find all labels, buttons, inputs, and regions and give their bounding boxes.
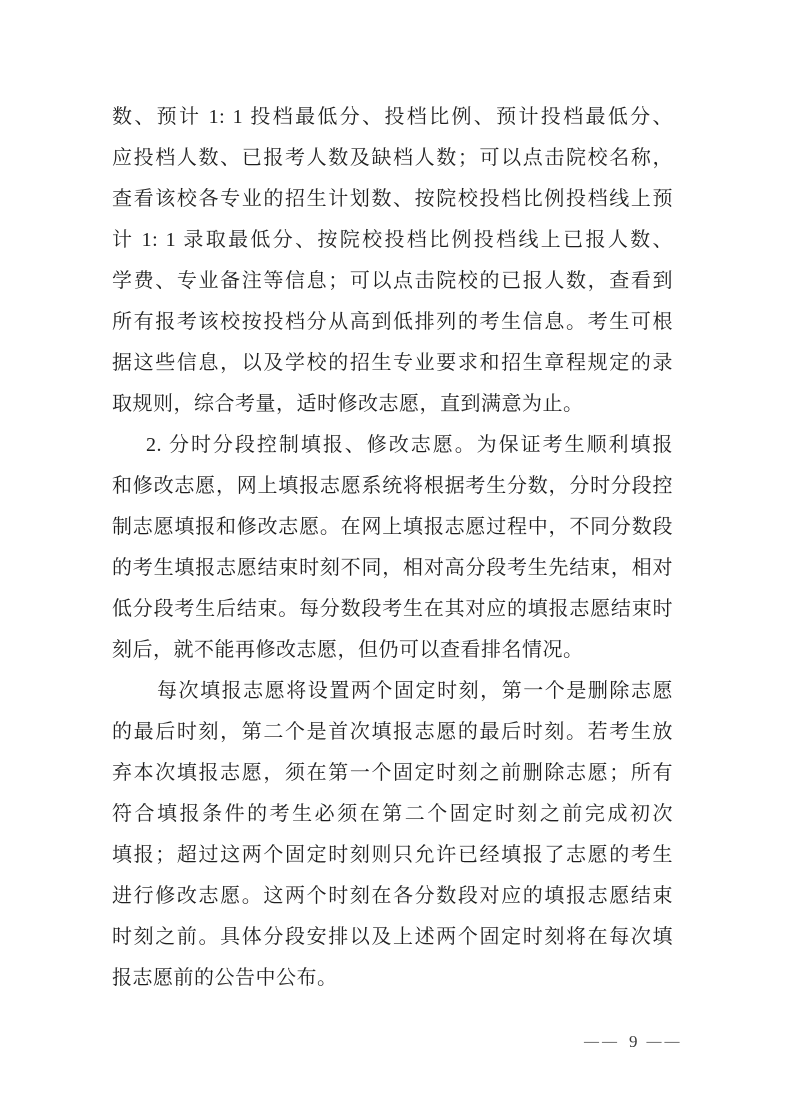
text-line: 的最后时刻，第二个是首次填报志愿的最后时刻。若考生放: [112, 712, 673, 753]
text-line: 据这些信息，以及学校的招生专业要求和招生章程规定的录: [112, 343, 673, 384]
text-line: 每次填报志愿将设置两个固定时刻，第一个是删除志愿: [112, 671, 673, 712]
text-line: 学费、专业备注等信息；可以点击院校的已报人数，查看到: [112, 261, 673, 302]
text-line: 查看该校各专业的招生计划数、按院校投档比例投档线上预: [112, 179, 673, 220]
text-line: 低分段考生后结束。每分数段考生在其对应的填报志愿结束时: [112, 589, 673, 630]
text-line: 符合填报条件的考生必须在第二个固定时刻之前完成初次: [112, 794, 673, 835]
text-line: 和修改志愿，网上填报志愿系统将根据考生分数，分时分段控: [112, 466, 673, 507]
text-line: 弃本次填报志愿，须在第一个固定时刻之前删除志愿；所有: [112, 753, 673, 794]
text-line: 填报；超过这两个固定时刻则只允许已经填报了志愿的考生: [112, 835, 673, 876]
text-line: 刻后，就不能再修改志愿，但仍可以查看排名情况。: [112, 630, 673, 671]
document-body: 数、预计 1: 1 投档最低分、投档比例、预计投档最低分、 应投档人数、已报考人…: [112, 97, 673, 999]
text-line: 时刻之前。具体分段安排以及上述两个固定时刻将在每次填: [112, 917, 673, 958]
text-line: 的考生填报志愿结束时刻不同，相对高分段考生先结束，相对: [112, 548, 673, 589]
footer-dash-left: ——: [584, 1031, 620, 1053]
text-line: 2. 分时分段控制填报、修改志愿。为保证考生顺利填报: [112, 425, 673, 466]
text-line: 取规则，综合考量，适时修改志愿，直到满意为止。: [112, 384, 673, 425]
text-line: 制志愿填报和修改志愿。在网上填报志愿过程中，不同分数段: [112, 507, 673, 548]
text-line: 进行修改志愿。这两个时刻在各分数段对应的填报志愿结束: [112, 876, 673, 917]
text-line: 应投档人数、已报考人数及缺档人数；可以点击院校名称，: [112, 138, 673, 179]
page-footer: —— 9 ——: [584, 1031, 683, 1053]
text-line: 计 1: 1 录取最低分、按院校投档比例投档线上已报人数、: [112, 220, 673, 261]
paragraph-1: 数、预计 1: 1 投档最低分、投档比例、预计投档最低分、 应投档人数、已报考人…: [112, 97, 673, 425]
document-page: 数、预计 1: 1 投档最低分、投档比例、预计投档最低分、 应投档人数、已报考人…: [0, 0, 785, 1111]
paragraph-2: 2. 分时分段控制填报、修改志愿。为保证考生顺利填报 和修改志愿，网上填报志愿系…: [112, 425, 673, 671]
footer-dash-right: ——: [647, 1031, 683, 1053]
page-number: 9: [629, 1031, 638, 1053]
paragraph-3: 每次填报志愿将设置两个固定时刻，第一个是删除志愿 的最后时刻，第二个是首次填报志…: [112, 671, 673, 999]
text-line: 报志愿前的公告中公布。: [112, 958, 673, 999]
text-line: 数、预计 1: 1 投档最低分、投档比例、预计投档最低分、: [112, 97, 673, 138]
text-line: 所有报考该校按投档分从高到低排列的考生信息。考生可根: [112, 302, 673, 343]
